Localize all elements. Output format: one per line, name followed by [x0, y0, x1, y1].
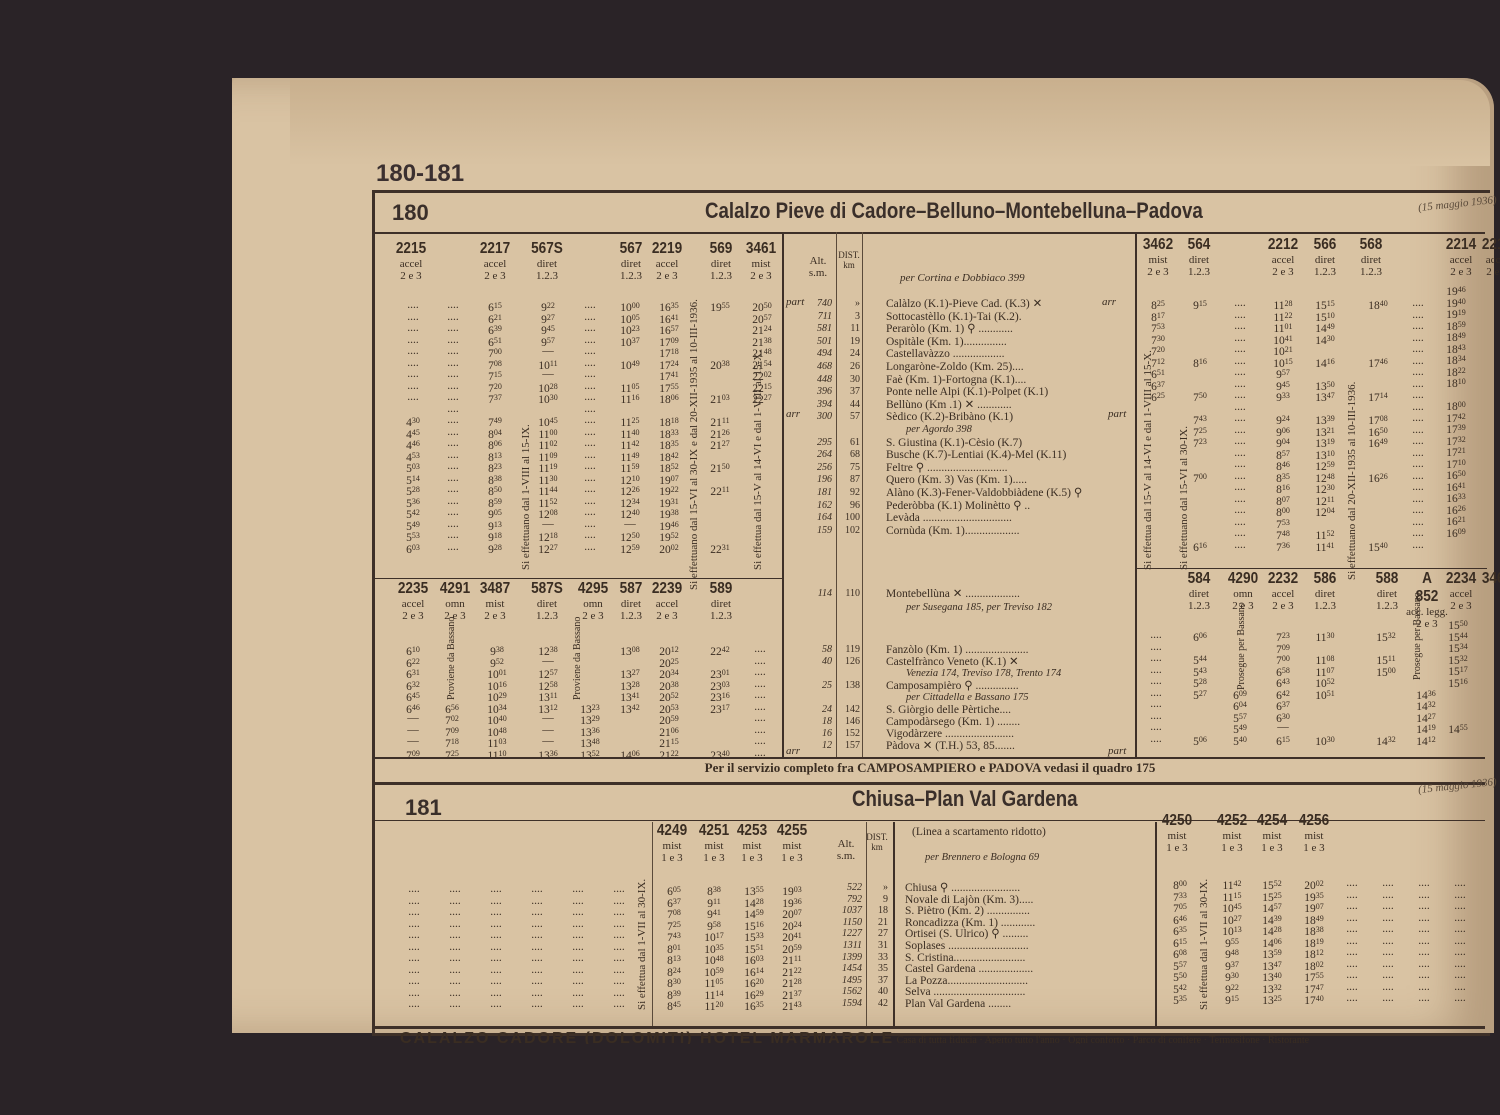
station-altitude: 114 — [802, 588, 832, 600]
station-km: 26 — [840, 361, 860, 373]
time-cell: 1021 — [1262, 344, 1304, 356]
spread-number: 180-181 — [376, 160, 464, 188]
time-cell: 430 — [393, 415, 433, 427]
station-altitude: 181 — [802, 487, 832, 499]
train-header: 4250mist1 e 3 — [1157, 812, 1197, 854]
time-cell: .... — [396, 999, 432, 1011]
time-cell: 952 — [476, 656, 518, 668]
time-cell — [1180, 722, 1220, 734]
station-name: Bellùno (Km .1) ✕ ............ — [886, 399, 1101, 411]
station-name: Castel Gardena ................... — [905, 963, 1120, 975]
time-column: 2002193519071849183818191812180217551747… — [1294, 878, 1334, 1005]
time-cell: 1952 — [648, 530, 690, 542]
time-column: 610622631632645646———709 — [393, 644, 433, 759]
time-cell: 1052 — [1304, 676, 1346, 688]
time-cell: 1108 — [1304, 653, 1346, 665]
train-number: 586 — [1307, 570, 1343, 588]
time-cell: 1016 — [476, 679, 518, 691]
time-cell: 816 — [1262, 482, 1304, 494]
time-cell: 1802 — [1294, 959, 1334, 971]
station-altitude: 1495 — [832, 975, 862, 987]
time-cell: .... — [572, 461, 608, 473]
time-cell: 1208 — [527, 507, 569, 519]
time-cell: 1931 — [648, 496, 690, 508]
time-cell: 723 — [1262, 630, 1304, 642]
time-cell: .... — [1444, 924, 1476, 936]
time-cell: .... — [478, 976, 514, 988]
time-cell: 1515 — [1304, 298, 1346, 310]
time-cell: 2150 — [700, 461, 740, 473]
time-cell: 642 — [1262, 688, 1304, 700]
train-type: mist — [732, 840, 772, 852]
time-cell: .... — [1408, 901, 1440, 913]
header-rule — [375, 232, 1485, 234]
time-cell: .... — [435, 484, 471, 496]
station-name: Levàda ............................... — [886, 512, 1101, 524]
time-column: .................................... 430… — [393, 300, 433, 553]
time-cell: .... — [601, 907, 637, 919]
station-altitude: 264 — [802, 449, 832, 461]
time-cell: .... — [1372, 970, 1404, 982]
train-number: 4291 — [437, 580, 473, 598]
time-column: ........................................… — [1222, 298, 1258, 551]
station-km: 87 — [840, 474, 860, 486]
station-km: 110 — [840, 588, 860, 600]
time-cell: .... — [435, 542, 471, 554]
time-cell: .... — [478, 999, 514, 1011]
train-header: 2219accel2 e 3 — [646, 240, 688, 282]
station-name: Calàlzo (K.1)-Pieve Cad. (K.3) ✕ — [886, 298, 1101, 310]
time-cell: — — [527, 519, 569, 531]
time-cell: 1732 — [1436, 434, 1476, 446]
train-header: 588diret1.2.3 — [1366, 570, 1408, 612]
time-column: 11421115104510271013955948937930922915 — [1212, 878, 1252, 1005]
time-cell: .... — [435, 346, 471, 358]
station-altitude: 581 — [802, 323, 832, 335]
time-cell — [1180, 367, 1220, 379]
time-cell — [1304, 402, 1346, 414]
from-bassano-note: Proviene da Bassano — [446, 630, 457, 700]
station-name: Longaròne-Zoldo (Km. 25).... — [886, 361, 1101, 373]
train-header: 2215accel2 e 3 — [390, 240, 432, 282]
time-cell: 1257 — [527, 667, 569, 679]
time-cell: .... — [1222, 540, 1258, 552]
time-cell: 806 — [474, 438, 516, 450]
time-column: 1238—1257125813111312———1336 — [527, 644, 569, 759]
time-column: 605637708725743801813824830839845 — [654, 884, 694, 1011]
time-cell — [1366, 722, 1406, 734]
station-name: Ponte nelle Alpi (K.1)-Polpet (K.1) — [886, 386, 1101, 398]
time-cell: .... — [572, 415, 608, 427]
time-cell — [1304, 699, 1346, 711]
station-name: Camposampièro ⚲ ............... — [886, 680, 1101, 692]
vertical-note-2: Si effettuano dal 15-VI al 30-IX e dal 2… — [688, 300, 700, 590]
train-class: 1.2.3 — [1178, 600, 1220, 612]
time-cell: .... — [572, 530, 608, 542]
train-type: diret — [1350, 254, 1392, 266]
time-cell: 1540 — [1358, 540, 1398, 552]
alt-header-181: Alt. s.m. — [828, 838, 864, 862]
time-cell — [1438, 710, 1478, 722]
time-cell: .... — [393, 392, 433, 404]
time-cell: 1406 — [1252, 936, 1292, 948]
time-cell: 1657 — [648, 323, 690, 335]
train-number: 4256 — [1297, 812, 1331, 830]
station-name: Pàdova ✕ (T.H.) 53, 85....... — [886, 740, 1101, 752]
time-cell: 1818 — [648, 415, 690, 427]
station-km: 119 — [840, 644, 860, 656]
train-header: 3462mist2 e 3 — [1137, 236, 1179, 278]
time-cell: 1130 — [527, 473, 569, 485]
time-cell: 1510 — [1304, 310, 1346, 322]
time-cell: 1311 — [527, 690, 569, 702]
train-type: omn — [434, 598, 476, 610]
time-cell: 1641 — [648, 312, 690, 324]
time-cell: 1040 — [476, 713, 518, 725]
time-cell: .... — [572, 323, 608, 335]
time-cell: .... — [1444, 901, 1476, 913]
train-class: 1.2.3 — [526, 270, 568, 282]
train-type: omn — [572, 598, 614, 610]
time-column: ........................................… — [478, 884, 514, 1011]
train-class: 1 e 3 — [1157, 842, 1197, 854]
time-column: ........................................… — [519, 884, 555, 1011]
time-column: 1515151014491430 1416 13501347 133913211… — [1304, 298, 1346, 551]
time-cell: 1240 — [610, 507, 650, 519]
time-cell: 1946 — [648, 519, 690, 531]
time-cell: 835 — [1262, 471, 1304, 483]
time-cell: 651 — [474, 335, 516, 347]
time-cell: 1321 — [1304, 425, 1346, 437]
time-cell: 2126 — [700, 427, 740, 439]
time-cell: .... — [437, 884, 473, 896]
time-cell: 1141 — [1304, 540, 1346, 552]
time-cell: 543 — [1180, 665, 1220, 677]
time-cell: 1120 — [694, 999, 734, 1011]
train-class: 1 e 3 — [772, 852, 812, 864]
time-cell: 1903 — [772, 884, 812, 896]
time-cell: 1319 — [1304, 436, 1346, 448]
time-cell: 1013 — [1212, 924, 1252, 936]
time-cell: 1347 — [1304, 390, 1346, 402]
time-cell: 1142 — [1212, 878, 1252, 890]
train-type: diret — [1178, 588, 1220, 600]
station-name: per Cittadella e Bassano 175 — [886, 692, 1121, 704]
train-class: 2 e 3 — [646, 610, 688, 622]
train-number: 2217 — [477, 240, 513, 258]
time-cell: .... — [601, 976, 637, 988]
time-cell: 2115 — [648, 736, 690, 748]
time-cell: .... — [1336, 947, 1368, 959]
time-cell: 2138 — [742, 335, 782, 347]
time-cell: 1125 — [610, 415, 650, 427]
train-class: 2 e 3 — [1262, 600, 1304, 612]
time-cell: 839 — [654, 988, 694, 1000]
station-altitude: 1311 — [832, 940, 862, 952]
time-cell: 1041 — [1262, 333, 1304, 345]
time-cell: 1327 — [610, 667, 650, 679]
station-km: 44 — [840, 399, 860, 411]
station-altitude: 1037 — [832, 905, 862, 917]
time-cell: 1030 — [527, 392, 569, 404]
time-cell: 1859 — [1436, 319, 1476, 331]
time-cell: 1103 — [476, 736, 518, 748]
time-cell: .... — [560, 930, 596, 942]
time-cell: 2137 — [772, 988, 812, 1000]
station-altitude: 1399 — [832, 952, 862, 964]
time-column: ........................................… — [1400, 298, 1436, 551]
time-cell: 1107 — [1304, 665, 1346, 677]
time-cell: 637 — [654, 896, 694, 908]
time-cell — [700, 369, 740, 381]
time-cell: 549 — [393, 519, 433, 531]
time-cell — [1180, 699, 1220, 711]
train-type: accel — [646, 258, 688, 270]
time-cell: 540 — [1222, 734, 1258, 746]
time-cell — [700, 381, 740, 393]
train-number: 564 — [1181, 236, 1217, 254]
time-cell: 857 — [1262, 448, 1304, 460]
time-cell: 1218 — [527, 530, 569, 542]
time-cell: 1532 — [1438, 653, 1478, 665]
time-cell: 1432 — [1366, 734, 1406, 746]
time-cell: 2316 — [700, 690, 740, 702]
time-cell: 1533 — [734, 930, 774, 942]
station-altitude: 1562 — [832, 986, 862, 998]
train-number: 3462 — [1140, 236, 1176, 254]
time-cell: 1740 — [1294, 993, 1334, 1005]
train-number: 2215 — [393, 240, 429, 258]
time-cell: 700 — [474, 346, 516, 358]
station-km: 30 — [840, 374, 860, 386]
time-cell: .... — [560, 884, 596, 896]
time-cell: 1234 — [610, 496, 650, 508]
train-number: 566 — [1307, 236, 1343, 254]
train-header: 586diret1.2.3 — [1304, 570, 1346, 612]
time-cell: 945 — [1262, 379, 1304, 391]
time-cell: 528 — [1180, 676, 1220, 688]
time-cell — [1358, 528, 1398, 540]
time-cell: .... — [560, 907, 596, 919]
time-cell: .... — [435, 300, 471, 312]
train-class: 1.2.3 — [700, 610, 742, 622]
time-cell: .... — [1222, 505, 1258, 517]
time-cell: 753 — [1262, 517, 1304, 529]
time-cell — [610, 713, 650, 725]
time-cell: 2012 — [648, 644, 690, 656]
time-cell: 705 — [1160, 901, 1200, 913]
station-name: S. Giustina (K.1)-Cèsio (K.7) — [886, 437, 1101, 449]
time-cell: 542 — [1160, 982, 1200, 994]
time-cell: .... — [1400, 390, 1436, 402]
station-altitude: 1227 — [832, 928, 862, 940]
time-cell: 2007 — [772, 907, 812, 919]
station-name: Alàno (K.3)-Fener-Valdobbiàdene (K.5) ⚲ — [886, 487, 1101, 499]
time-cell: 709 — [432, 725, 472, 737]
time-cell: — — [610, 519, 650, 531]
alt-header: Alt. s.m. — [800, 255, 836, 279]
station-km: 9 — [868, 894, 888, 906]
time-cell — [700, 713, 740, 725]
time-cell: 1350 — [1304, 379, 1346, 391]
station-name: Faè (Km. 1)-Fortogna (K.1).... — [886, 374, 1101, 386]
time-cell: .... — [435, 323, 471, 335]
time-cell: .... — [1444, 993, 1476, 1005]
station-km: 19 — [840, 336, 860, 348]
time-cell: 813 — [474, 450, 516, 462]
time-cell: 823 — [474, 461, 516, 473]
time-cell: 1724 — [648, 358, 690, 370]
time-cell: 1059 — [694, 965, 734, 977]
time-cell: 2128 — [772, 976, 812, 988]
time-cell: 1100 — [527, 427, 569, 439]
section-rule — [1137, 568, 1487, 569]
time-cell: .... — [601, 930, 637, 942]
book-page-top — [290, 80, 1490, 166]
time-cell: 1028 — [527, 381, 569, 393]
time-cell: .... — [1372, 878, 1404, 890]
train-type: mist — [772, 840, 812, 852]
train-number: 567S — [529, 240, 565, 258]
time-cell: 1614 — [734, 965, 774, 977]
time-cell: 1329 — [570, 713, 610, 725]
station-altitude: 501 — [802, 336, 832, 348]
time-cell: 930 — [1212, 970, 1252, 982]
time-column: 112811221101104110211015957945933 924906… — [1262, 298, 1304, 551]
station-altitude: 711 — [802, 311, 832, 323]
train-number: 2212 — [1265, 236, 1301, 254]
train-class: 1.2.3 — [526, 610, 568, 622]
time-cell: 1339 — [1304, 413, 1346, 425]
time-cell — [1366, 676, 1406, 688]
station-name: per Susegana 185, per Treviso 182 — [886, 602, 1121, 614]
vertical-note-181-b: Si effettua dal 1-VII al 30-IX. — [1198, 820, 1210, 1010]
time-cell: .... — [1138, 722, 1174, 734]
time-cell: 928 — [474, 542, 516, 554]
time-cell: 1626 — [1436, 503, 1476, 515]
train-type: diret — [1304, 588, 1346, 600]
station-name: Campodàrsego (Km. 1) ........ — [886, 716, 1101, 728]
time-cell: 656 — [432, 702, 472, 714]
time-cell: 913 — [474, 519, 516, 531]
time-cell: 830 — [654, 976, 694, 988]
time-cell: 1348 — [570, 736, 610, 748]
time-cell: 838 — [694, 884, 734, 896]
time-cell: 1144 — [527, 484, 569, 496]
time-cell: 737 — [474, 392, 516, 404]
train-type: diret — [1178, 254, 1220, 266]
station-altitude: 494 — [802, 348, 832, 360]
time-column: 1840 1746 1714 170816501649 1626 1540 — [1358, 298, 1398, 551]
train-class: 1.2.3 — [1304, 266, 1346, 278]
vertical-note-6: Si effettuano dal 20-XII-1935 al 10-III-… — [1346, 380, 1358, 580]
station-km: 40 — [868, 986, 888, 998]
time-cell: .... — [437, 999, 473, 1011]
station-name: Ortisei (S. Ulrico) ⚲ ......... — [905, 928, 1120, 940]
time-cell: 2002 — [1294, 878, 1334, 890]
time-cell: .... — [742, 713, 778, 725]
time-cell: 1806 — [648, 392, 690, 404]
time-cell: 1122 — [1262, 310, 1304, 322]
train-number: 584 — [1181, 570, 1217, 588]
time-column: 606 544543528527 506 — [1180, 630, 1220, 745]
train-class: 2 e 3 — [392, 610, 434, 622]
train-number: 567 — [613, 240, 649, 258]
section-rule — [375, 578, 782, 579]
station-name: Montebellùna ✕ ................... — [886, 588, 1101, 600]
time-cell: 708 — [474, 358, 516, 370]
time-cell: 1116 — [610, 392, 650, 404]
time-cell: 1259 — [1304, 459, 1346, 471]
advert-headline: CALALZO CADORE (DOLOMITI) HOTEL MARMAROL… — [400, 1030, 894, 1044]
time-cell: 845 — [654, 999, 694, 1011]
time-cell: 748 — [1262, 528, 1304, 540]
time-cell — [648, 404, 690, 416]
time-cell: .... — [1222, 367, 1258, 379]
train-type: accel — [1262, 588, 1304, 600]
station-altitude: 16 — [802, 728, 832, 740]
vertical-note-3: Si effettua dal 15-V al 14-VI e dal 1-VI… — [752, 410, 764, 570]
time-cell: 1455 — [1438, 722, 1478, 734]
station-name: S. Cristina......................... — [905, 952, 1120, 964]
time-cell — [1438, 687, 1478, 699]
train-type: mist — [1157, 830, 1197, 842]
train-number: 2235 — [395, 580, 431, 598]
time-cell — [1436, 388, 1476, 400]
train-number: 3462 — [1479, 570, 1500, 588]
time-cell: .... — [435, 530, 471, 542]
time-cell: 1603 — [734, 953, 774, 965]
time-cell: 1709 — [648, 335, 690, 347]
time-cell: — — [393, 713, 433, 725]
train-header: 4254mist1 e 3 — [1252, 812, 1292, 854]
time-cell: 605 — [654, 884, 694, 896]
time-cell: 1650 — [1358, 425, 1398, 437]
train-number: 589 — [703, 580, 739, 598]
vertical-note-181-a: Si effettua dal 1-VII al 30-IX. — [636, 820, 648, 1010]
time-cell: 1708 — [1358, 413, 1398, 425]
station-km: 11 — [840, 323, 860, 335]
time-cell: 553 — [393, 530, 433, 542]
train-type: diret — [526, 598, 568, 610]
column-divider — [866, 822, 867, 1027]
time-cell: 621 — [474, 312, 516, 324]
time-column: 922927945957—1011—10281030 1045110011021… — [527, 300, 569, 553]
to-bassano-note-2: Prosegue per Bassano — [1412, 610, 1423, 680]
time-cell: 2050 — [742, 300, 782, 312]
time-cell — [1180, 642, 1220, 654]
train-number: 3487 — [477, 580, 513, 598]
time-cell: .... — [601, 999, 637, 1011]
station-km: 37 — [840, 386, 860, 398]
train-header: 567Sdiret1.2.3 — [526, 240, 568, 282]
time-cell: 1852 — [648, 461, 690, 473]
time-cell: 1641 — [1436, 480, 1476, 492]
time-cell: 646 — [1160, 913, 1200, 925]
time-cell: .... — [572, 392, 608, 404]
time-cell: .... — [1408, 947, 1440, 959]
time-column: 155015441534153215171516 1455 — [1438, 618, 1478, 733]
time-column: 615621639651700708715720737 749804806813… — [474, 300, 516, 553]
time-cell: 948 — [1212, 947, 1252, 959]
time-cell: 1459 — [734, 907, 774, 919]
time-cell: 1552 — [1252, 878, 1292, 890]
time-cell: .... — [742, 644, 778, 656]
vertical-note-5: Si effettuano dal 15-VI al 30-IX. — [1178, 410, 1190, 570]
station-altitude: 24 — [802, 704, 832, 716]
train-class: 1.2.3 — [1178, 266, 1220, 278]
time-cell: 1849 — [1294, 913, 1334, 925]
